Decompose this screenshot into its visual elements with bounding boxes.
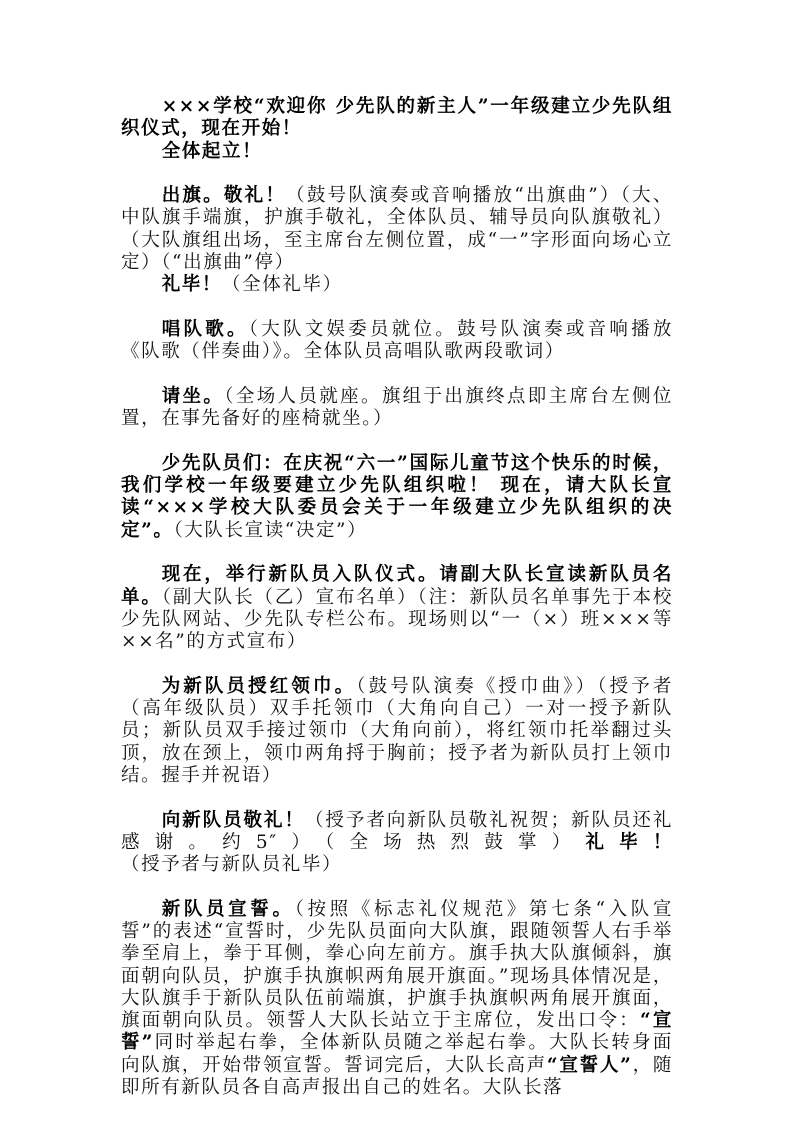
oath-call: “宣誓人” bbox=[547, 1055, 633, 1076]
paragraph-announcement: 少先队员们：在庆祝“六一”国际儿童节这个快乐的时候，我们学校一年级要建立少先队组… bbox=[121, 453, 673, 542]
induction-note: （副大队长（乙）宣布名单）（注：新队员名单事先于本校少先队网站、少先队专栏公布。… bbox=[121, 587, 673, 653]
paragraph-gap bbox=[121, 653, 673, 675]
salute-end-note: （全体礼毕） bbox=[222, 274, 343, 295]
announcement-note: （大队长宣读“决定”） bbox=[173, 520, 367, 541]
paragraph-gap bbox=[121, 364, 673, 386]
paragraph-stand-up: 全体起立！ bbox=[121, 141, 673, 163]
stand-up-text: 全体起立！ bbox=[162, 141, 263, 162]
be-seated-heading: 请坐。 bbox=[162, 386, 225, 407]
paragraph-red-scarf: 为新队员授红领巾。（鼓号队演奏《授巾曲》）（授予者（高年级队员）双手托领巾（大角… bbox=[121, 676, 673, 787]
paragraph-oath: 新队员宣誓。（按照《标志礼仪规范》第七条“入队宣誓”的表述“宣誓时，少先队员面向… bbox=[121, 899, 673, 1100]
paragraph-gap bbox=[121, 876, 673, 898]
salute-end-heading-2: 礼毕！ bbox=[585, 832, 673, 853]
document-page: ×××学校“欢迎你 少先队的新主人”一年级建立少先队组织仪式，现在开始！ 全体起… bbox=[121, 96, 673, 1099]
paragraph-gap bbox=[121, 297, 673, 319]
oath-heading: 新队员宣誓。 bbox=[162, 899, 295, 920]
salute-end-heading: 礼毕！ bbox=[162, 274, 222, 295]
paragraph-induction: 现在，举行新队员入队仪式。请副大队长宣读新队员名单。（副大队长（乙）宣布名单）（… bbox=[121, 564, 673, 653]
paragraph-opening: ×××学校“欢迎你 少先队的新主人”一年级建立少先队组织仪式，现在开始！ bbox=[121, 96, 673, 141]
paragraph-salute-new-members: 向新队员敬礼！（授予者向新队员敬礼祝贺；新队员还礼感谢。约5″）（全场热烈鼓掌）… bbox=[121, 810, 673, 877]
paragraph-gap bbox=[121, 163, 673, 185]
paragraph-be-seated: 请坐。（全场人员就座。旗组于出旗终点即主席台左侧位置，在事先备好的座椅就坐。） bbox=[121, 386, 673, 431]
paragraph-gap bbox=[121, 430, 673, 452]
salute-end-note-2: （授予者与新队员礼毕） bbox=[121, 854, 342, 875]
paragraph-salute-end: 礼毕！（全体礼毕） bbox=[121, 274, 673, 296]
flag-entry-heading: 出旗。敬礼！ bbox=[162, 185, 286, 206]
paragraph-gap bbox=[121, 542, 673, 564]
paragraph-flag-entry: 出旗。敬礼！（鼓号队演奏或音响播放“出旗曲”）（大、中队旗手端旗，护旗手敬礼，全… bbox=[121, 185, 673, 274]
sing-anthem-heading: 唱队歌。 bbox=[162, 319, 249, 340]
paragraph-sing-anthem: 唱队歌。（大队文娱委员就位。鼓号队演奏或音响播放《队歌（伴奏曲）》。全体队员高唱… bbox=[121, 319, 673, 364]
opening-text: ×××学校“欢迎你 少先队的新主人”一年级建立少先队组织仪式，现在开始！ bbox=[121, 96, 673, 139]
paragraph-gap bbox=[121, 787, 673, 809]
red-scarf-heading: 为新队员授红领巾。 bbox=[162, 676, 357, 697]
salute-new-members-heading: 向新队员敬礼！ bbox=[162, 810, 305, 831]
